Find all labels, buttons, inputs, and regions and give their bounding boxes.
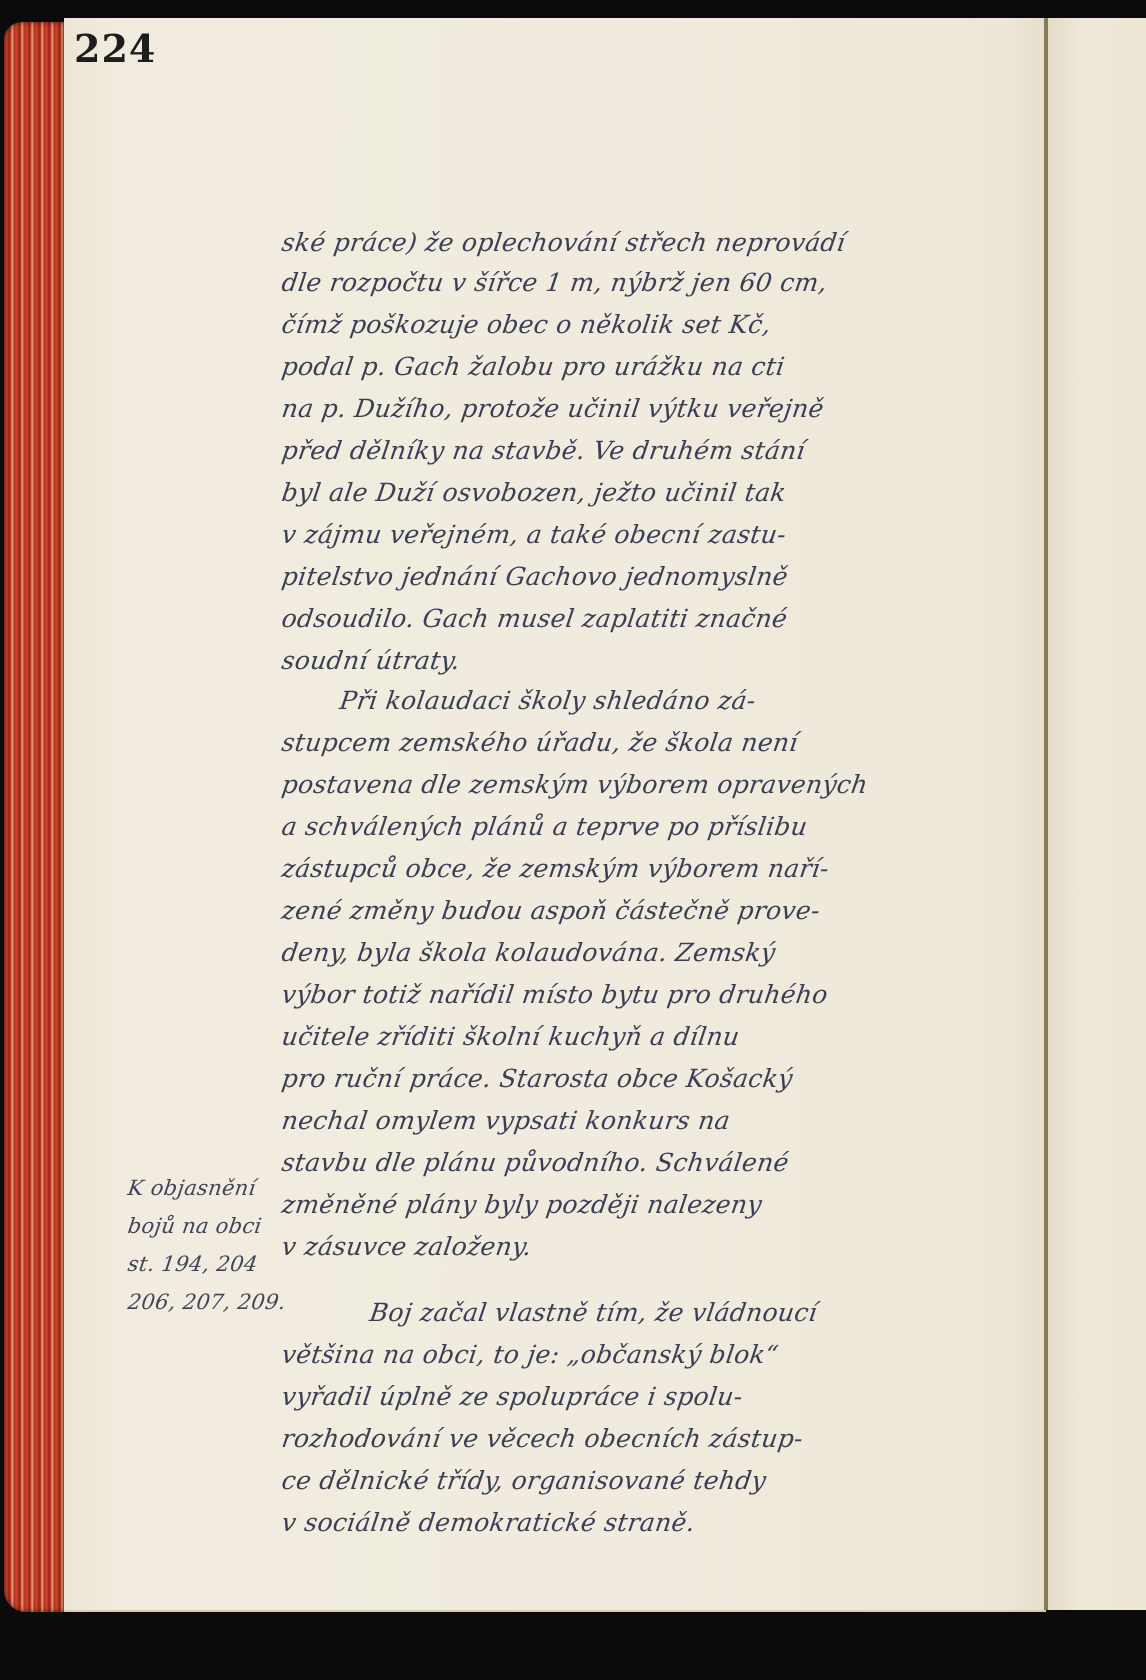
text-line: nechal omylem vypsati konkurs na (280, 1106, 732, 1135)
text-line: stupcem zemského úřadu, že škola není (280, 728, 800, 757)
text-line: rozhodování ve věcech obecních zástup- (280, 1424, 805, 1453)
text-line: učitele zříditi školní kuchyň a dílnu (280, 1022, 742, 1051)
page-number: 224 (74, 26, 156, 71)
book-page-edges (4, 22, 66, 1612)
text-line: pitelstvo jednání Gachovo jednomyslně (280, 562, 790, 591)
text-line: ské práce) že oplechování střech neprová… (280, 228, 847, 257)
text-line: postavena dle zemským výborem opravených (280, 770, 870, 799)
text-line: byl ale Duží osvobozen, ježto učinil tak (280, 478, 788, 507)
text-line: stavbu dle plánu původního. Schválené (280, 1148, 791, 1177)
text-line: před dělníky na stavbě. Ve druhém stání (280, 436, 807, 465)
margin-note-line: 206, 207, 209. (126, 1290, 287, 1314)
text-line: v zásuvce založeny. (280, 1232, 534, 1261)
text-line: čímž poškozuje obec o několik set Kč, (280, 310, 773, 339)
text-line: vyřadil úplně ze spolupráce i spolu- (280, 1382, 745, 1411)
margin-note-line: K objasnění (126, 1176, 257, 1200)
margin-note-line: bojů na obci (126, 1214, 263, 1238)
text-line: pro ruční práce. Starosta obce Košacký (280, 1064, 795, 1093)
text-line: soudní útraty. (280, 646, 462, 675)
background-surface (0, 1612, 1146, 1680)
text-line: ce dělnické třídy, organisované tehdy (280, 1466, 768, 1495)
text-line: v sociálně demokratické straně. (280, 1508, 697, 1537)
margin-note-line: st. 194, 204 (126, 1252, 259, 1276)
right-page-edge (1048, 18, 1146, 1610)
text-line: odsoudilo. Gach musel zaplatiti značné (280, 604, 789, 633)
text-line: zástupců obce, že zemským výborem naří- (280, 854, 831, 883)
text-line: Boj začal vlastně tím, že vládnoucí (368, 1298, 819, 1327)
text-line: Při kolaudaci školy shledáno zá- (338, 686, 758, 715)
text-line: dle rozpočtu v šířce 1 m, nýbrž jen 60 c… (280, 268, 829, 297)
text-line: deny, byla škola kolaudována. Zemský (280, 938, 777, 967)
text-line: většina na obci, to je: „občanský blok“ (280, 1340, 780, 1369)
text-line: výbor totiž nařídil místo bytu pro druhé… (280, 980, 830, 1009)
text-line: na p. Dužího, protože učinil výtku veřej… (280, 394, 826, 423)
text-line: a schválených plánů a teprve po příslibu (280, 812, 809, 841)
text-line: změněné plány byly později nalezeny (280, 1190, 764, 1219)
text-line: zené změny budou aspoň částečně prove- (280, 896, 822, 925)
text-line: v zájmu veřejném, a také obecní zastu- (280, 520, 788, 549)
text-line: podal p. Gach žalobu pro urážku na cti (280, 352, 787, 381)
